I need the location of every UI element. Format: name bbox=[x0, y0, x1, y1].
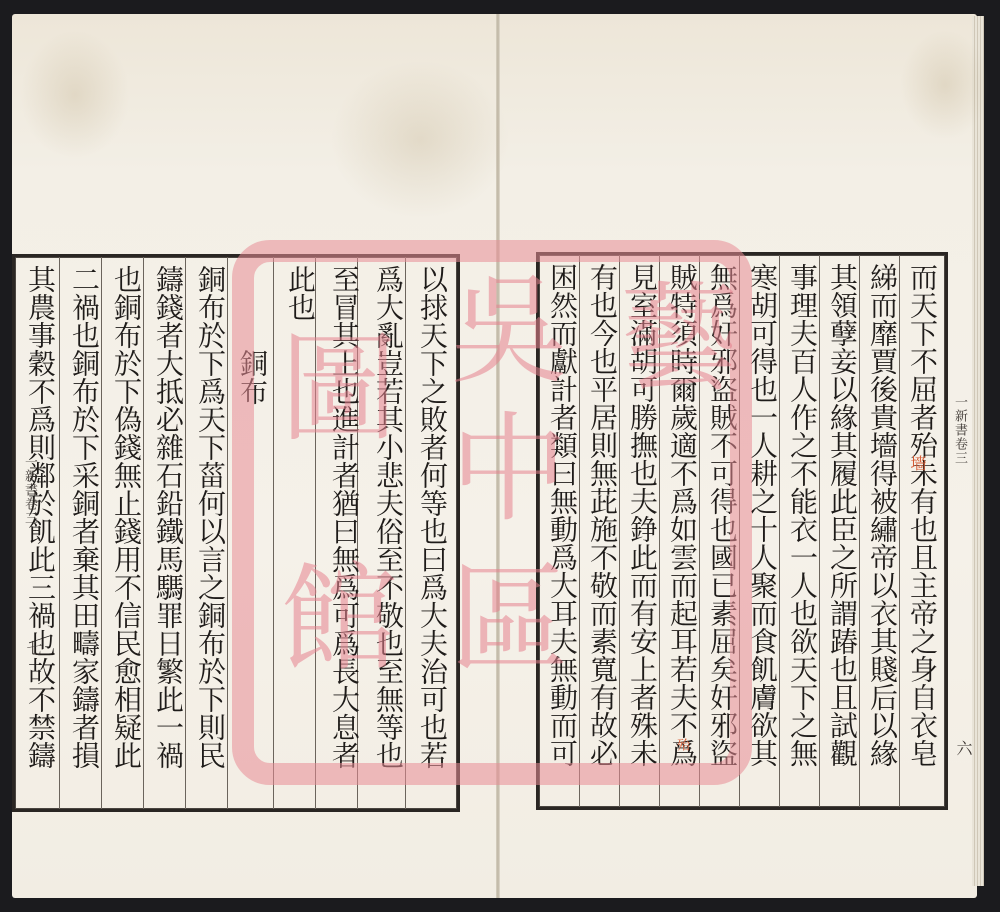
text-column: 銅布於下爲天下菑何以言之銅布於下則民 bbox=[191, 265, 229, 803]
folio-number-right: 六 bbox=[952, 740, 975, 757]
text-column: 無爲奸邪盜賊不可得也國已素屈矣奸邪盜 bbox=[703, 263, 741, 801]
text-column: 寒胡可得也一人耕之十人聚而食飢膚欲其 bbox=[743, 263, 781, 801]
text-column: 其農事穀不爲則鄰於飢此三禍也故不禁鑄 bbox=[21, 265, 59, 803]
text-column: 而天下不屈者殆未有也且主帝之身自衣皂 bbox=[903, 263, 941, 801]
paper-stain bbox=[330, 60, 510, 220]
text-column: 困然而獻計者類曰無動爲大耳夫無動而可 bbox=[543, 263, 581, 801]
text-column: 事理夫百人作之不能衣一人也欲天下之無 bbox=[783, 263, 821, 801]
text-column: 至冒其上也進計者猶曰無爲可爲長大息者 bbox=[325, 265, 363, 803]
text-column: 見室滿胡可勝撫也夫錚此而有安上者殊未 bbox=[623, 263, 661, 801]
section-heading: 銅布 bbox=[233, 349, 271, 803]
text-column: 其領孽妾以緣其履此臣之所謂踳也且試觀 bbox=[823, 263, 861, 801]
text-column: 爲大亂豈若其小悲夫俗至不敬也至無等也 bbox=[369, 265, 407, 803]
text-column: 也銅布於下偽錢無止錢用不信民愈相疑此 bbox=[107, 265, 145, 803]
text-column: 此也 bbox=[281, 265, 319, 803]
text-column: 綈而靡賈後貴墻得被繡帝以衣其賤后以緣 bbox=[863, 263, 901, 801]
folio-number-left: 七 bbox=[22, 640, 45, 657]
text-column: 二禍也銅布於下采銅者棄其田疇家鑄者損 bbox=[65, 265, 103, 803]
right-page-text-frame: 而天下不屈者殆未有也且主帝之身自衣皂 綈而靡賈後貴墻得被繡帝以衣其賤后以緣 其領… bbox=[536, 252, 948, 810]
text-column: 有也今也平居則無茈施不敬而素寬有故必 bbox=[583, 263, 621, 801]
paper-stain bbox=[20, 30, 130, 160]
text-column: 鑄錢者大抵必雜石鉛鐵馬騳罪日繁此一禍 bbox=[149, 265, 187, 803]
text-column: 賊特須時爾歲適不爲如雲而起耳若夫不爲 bbox=[663, 263, 701, 801]
banxin-label-left: 一新書卷三 bbox=[20, 455, 39, 525]
left-page-text-frame: 以捄天下之敗者何等也曰爲大夫治可也若 爲大亂豈若其小悲夫俗至不敬也至無等也 至冒… bbox=[12, 254, 460, 812]
text-column: 以捄天下之敗者何等也曰爲大夫治可也若 bbox=[413, 265, 451, 803]
banxin-label-right: 一新書卷三 bbox=[950, 395, 969, 465]
paper-stain bbox=[900, 30, 990, 140]
